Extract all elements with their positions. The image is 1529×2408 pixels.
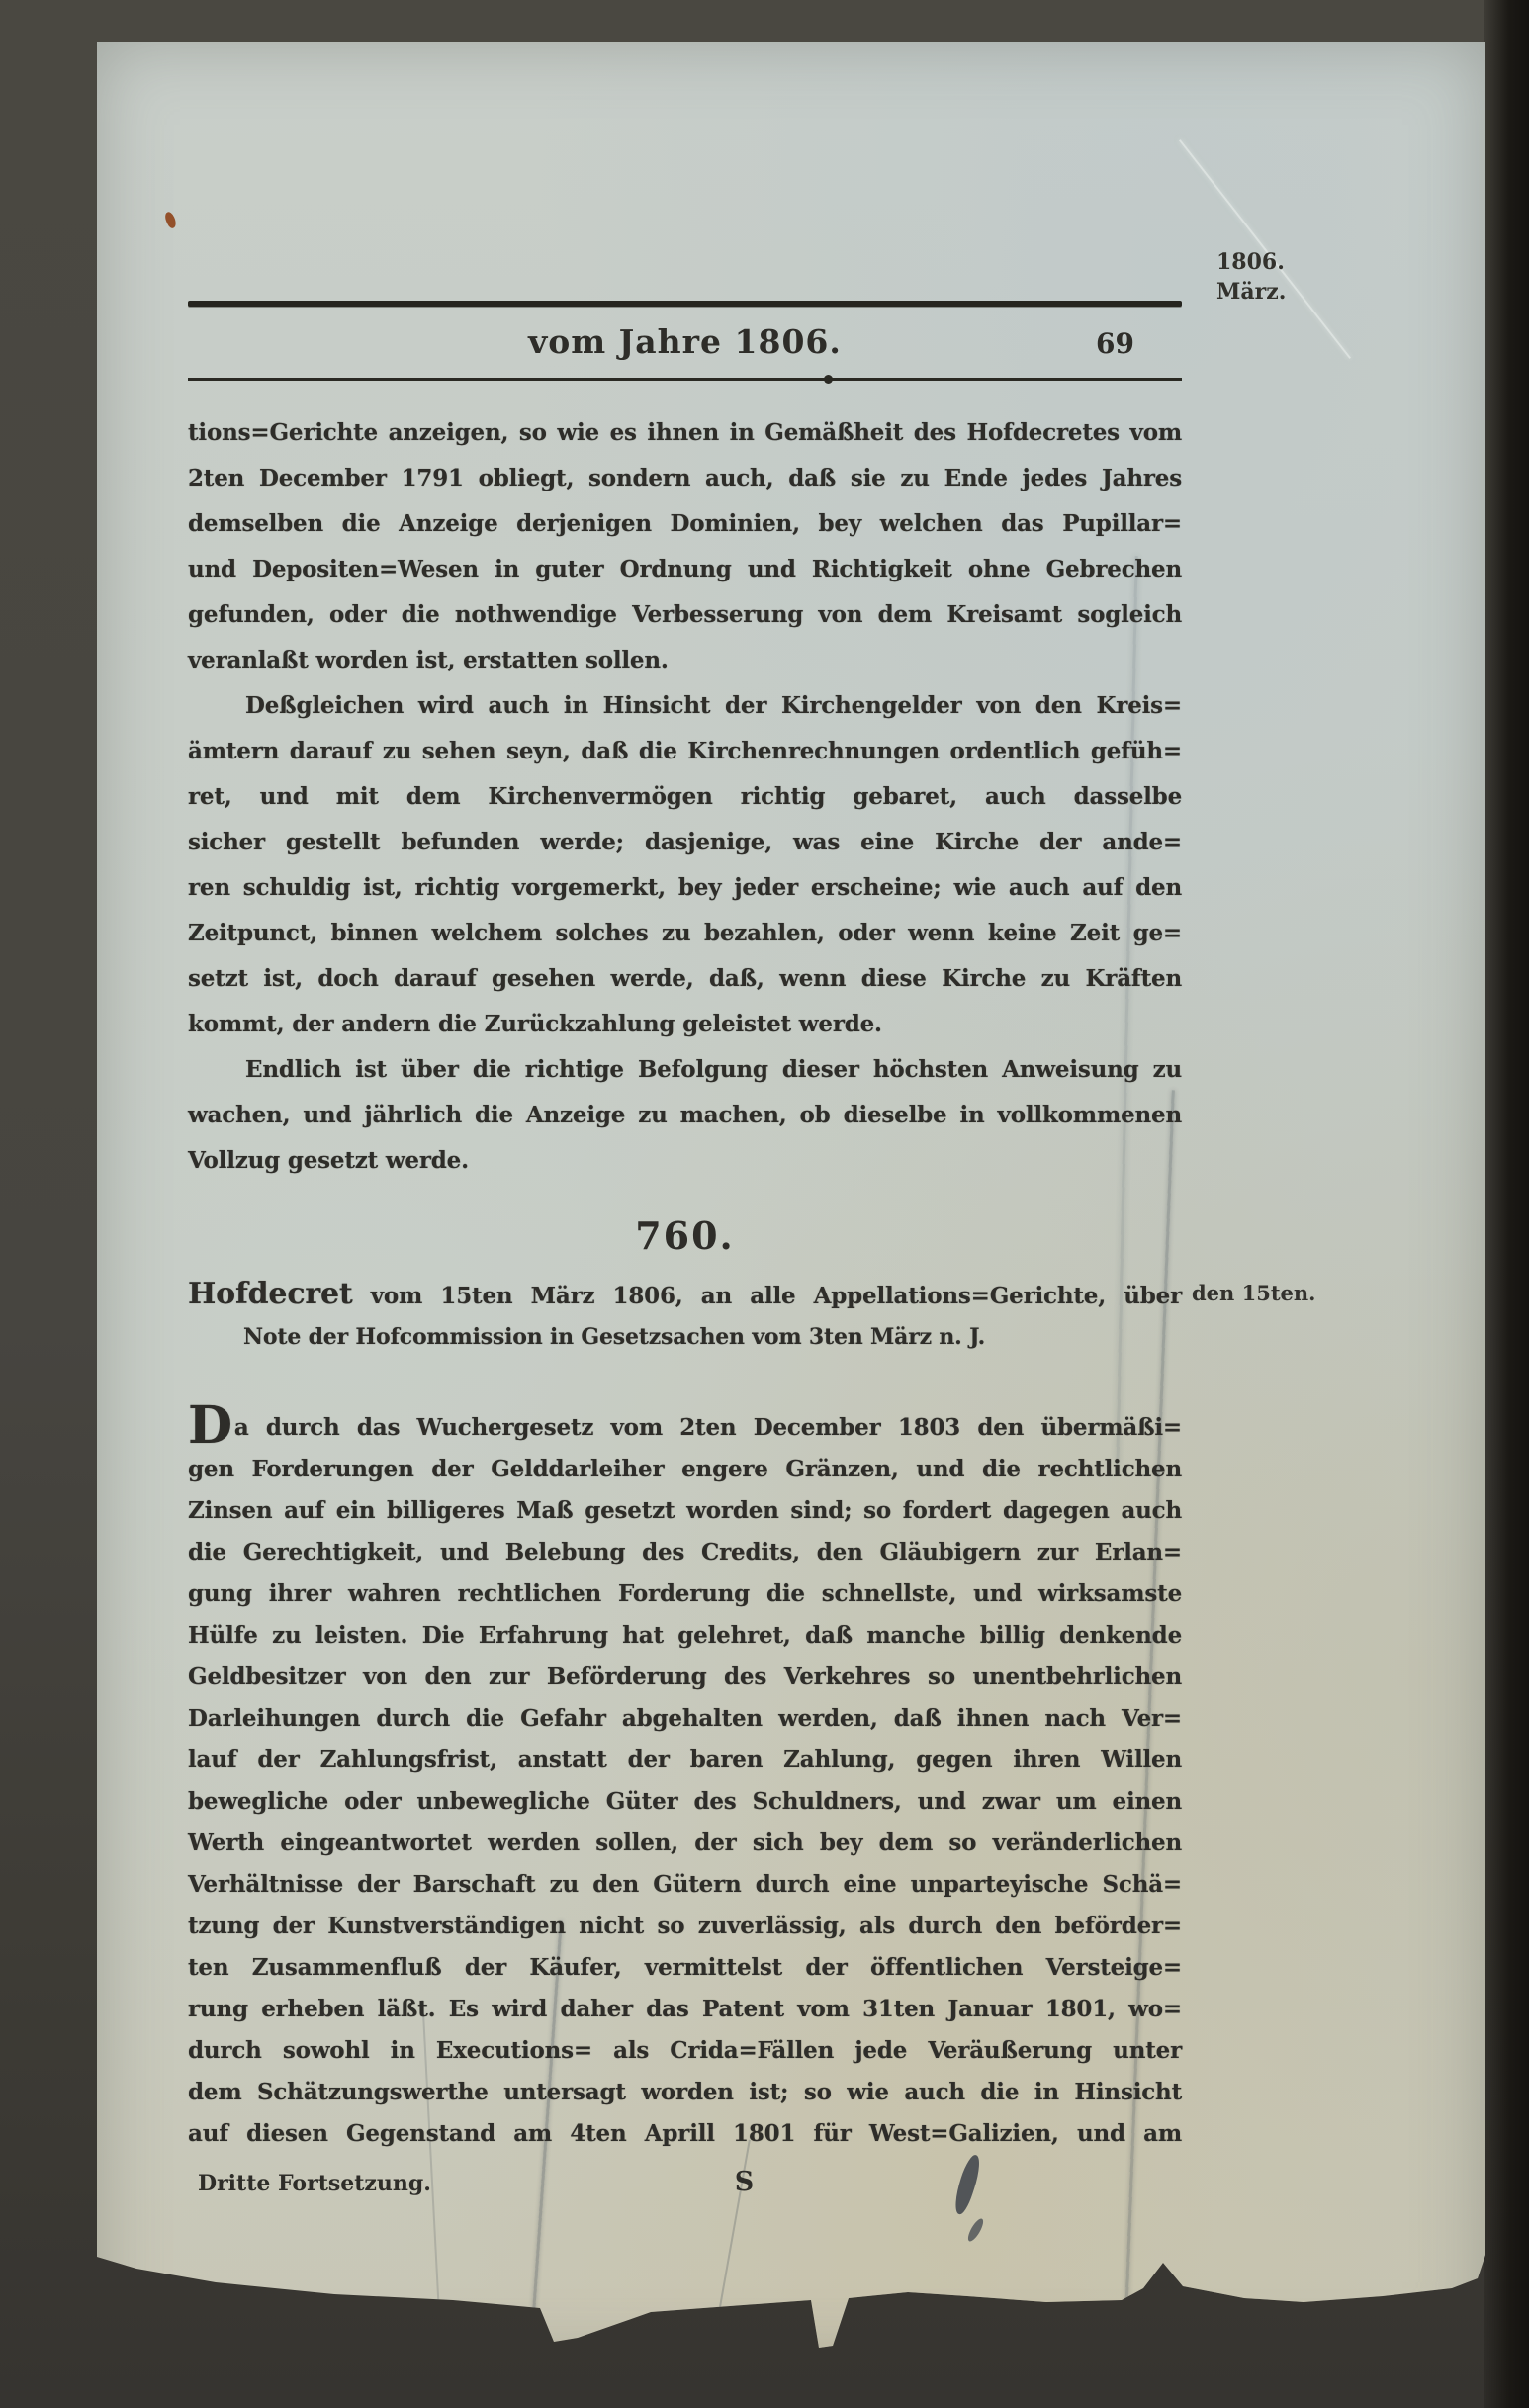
running-title: vom Jahre 1806. (528, 322, 842, 361)
header-rule-bottom (188, 378, 1182, 381)
text-line: demselben die Anzeige derjenigen Dominie… (188, 501, 1182, 547)
text-line: Zeitpunct, binnen welchem solches zu bez… (188, 911, 1182, 956)
scan-right-edge (1484, 0, 1529, 2408)
decree-subheading: Note der Hofcommission in Gesetzsachen v… (243, 1322, 1182, 1352)
text-line: und Depositen=Wesen in guter Ordnung und… (188, 547, 1182, 592)
text-line: bewegliche oder unbewegliche Güter des S… (188, 1781, 1182, 1823)
decree-heading-line: Hofdecret vom 15ten März 1806, an alle A… (188, 1273, 1182, 1318)
ink-smudge (965, 2216, 986, 2243)
text-line: Geldbesitzer von den zur Beförderung des… (188, 1656, 1182, 1698)
paragraph-continuation: tions=Gerichte anzeigen, so wie es ihnen… (188, 410, 1182, 683)
rule-ornament-dot (824, 375, 833, 384)
text-line: Hülfe zu leisten. Die Erfahrung hat gele… (188, 1615, 1182, 1656)
decree-paragraph-lines: gen Forderungen der Gelddarleiher engere… (188, 1449, 1182, 2155)
text-line: 2ten December 1791 obliegt, sondern auch… (188, 456, 1182, 501)
text-line: Endlich ist über die richtige Befolgung … (188, 1047, 1182, 1093)
text-line: die Gerechtigkeit, und Belebung des Cred… (188, 1532, 1182, 1573)
page-number: 69 (1096, 327, 1134, 360)
page-header: vom Jahre 1806. 69 (188, 322, 1182, 366)
text-line: kommt, der andern die Zurückzahlung gele… (188, 1002, 1182, 1047)
scan-background: 1806. März. vom Jahre 1806. 69 tions=Ger… (0, 0, 1529, 2408)
text-line: veranlaßt worden ist, erstatten sollen. (188, 638, 1182, 683)
text-line: Darleihungen durch die Gefahr abgehalten… (188, 1698, 1182, 1739)
text-line: durch sowohl in Executions= als Crida=Fä… (188, 2030, 1182, 2072)
text-line: tions=Gerichte anzeigen, so wie es ihnen… (188, 410, 1182, 456)
text-line: Deßgleichen wird auch in Hinsicht der Ki… (188, 683, 1182, 729)
paper-stain (163, 211, 178, 229)
text-line: auf diesen Gegenstand am 4ten Aprill 180… (188, 2113, 1182, 2155)
header-rule-top (188, 301, 1182, 307)
text-line: Werth eingeantwortet werden sollen, der … (188, 1823, 1182, 1864)
decree-heading-rest: vom 15ten März 1806, an alle Appellation… (353, 1283, 1182, 1309)
section-number: 760. (188, 1213, 1182, 1259)
page-footer: Dritte Fortsetzung. S (188, 2171, 1182, 2202)
text-line: lauf der Zahlungsfrist, anstatt der bare… (188, 1739, 1182, 1781)
text-line: ret, und mit dem Kirchenvermögen richtig… (188, 774, 1182, 820)
text-line: Verhältnisse der Barschaft zu den Gütern… (188, 1864, 1182, 1906)
text-line: setzt ist, doch darauf gesehen werde, da… (188, 956, 1182, 1002)
drop-capital: D (188, 1395, 232, 1456)
text-line: gefunden, oder die nothwendige Verbesser… (188, 592, 1182, 638)
signature-mark: S (735, 2167, 755, 2197)
text-line: gen Forderungen der Gelddarleiher engere… (188, 1449, 1182, 1490)
margin-note-year: 1806. (1216, 247, 1286, 277)
catchword: Dritte Fortsetzung. (198, 2171, 431, 2196)
text-line: sicher gestellt befunden werde; dasjenig… (188, 820, 1182, 865)
paragraph-kirchengelder: Deßgleichen wird auch in Hinsicht der Ki… (188, 683, 1182, 1047)
margin-note-month: März. (1216, 277, 1286, 307)
text-line: tzung der Kunstverständigen nicht so zuv… (188, 1906, 1182, 1947)
decree-heading: Hofdecret vom 15ten März 1806, an alle A… (188, 1273, 1182, 1352)
text-line: ren schuldig ist, richtig vorgemerkt, be… (188, 865, 1182, 911)
text-line: Zinsen auf ein billigeres Maß gesetzt wo… (188, 1490, 1182, 1532)
decree-heading-lead: Hofdecret (188, 1277, 353, 1311)
text-line: gung ihrer wahren rechtlichen Forderung … (188, 1573, 1182, 1615)
text-line-first: Da durch das Wuchergesetz vom 2ten Decem… (188, 1407, 1182, 1449)
text-block: vom Jahre 1806. 69 tions=Gerichte anzeig… (188, 301, 1182, 2202)
decree-paragraph: Da durch das Wuchergesetz vom 2ten Decem… (188, 1407, 1182, 2155)
margin-note-decree-date: den 15ten. (1192, 1279, 1350, 1308)
text-line: rung erheben läßt. Es wird daher das Pat… (188, 1989, 1182, 2030)
text-line: Vollzug gesetzt werde. (188, 1138, 1182, 1184)
document-page: 1806. März. vom Jahre 1806. 69 tions=Ger… (97, 42, 1485, 2365)
text-line: dem Schätzungswerthe untersagt worden is… (188, 2072, 1182, 2113)
paragraph-endlich: Endlich ist über die richtige Befolgung … (188, 1047, 1182, 1184)
text-line: wachen, und jährlich die Anzeige zu mach… (188, 1093, 1182, 1138)
text-line: ten Zusammenfluß der Käufer, vermittelst… (188, 1947, 1182, 1989)
text-line: ämtern darauf zu sehen seyn, daß die Kir… (188, 729, 1182, 774)
margin-note-date: 1806. März. (1216, 247, 1286, 307)
first-line-text: a durch das Wuchergesetz vom 2ten Decemb… (234, 1414, 1182, 1441)
